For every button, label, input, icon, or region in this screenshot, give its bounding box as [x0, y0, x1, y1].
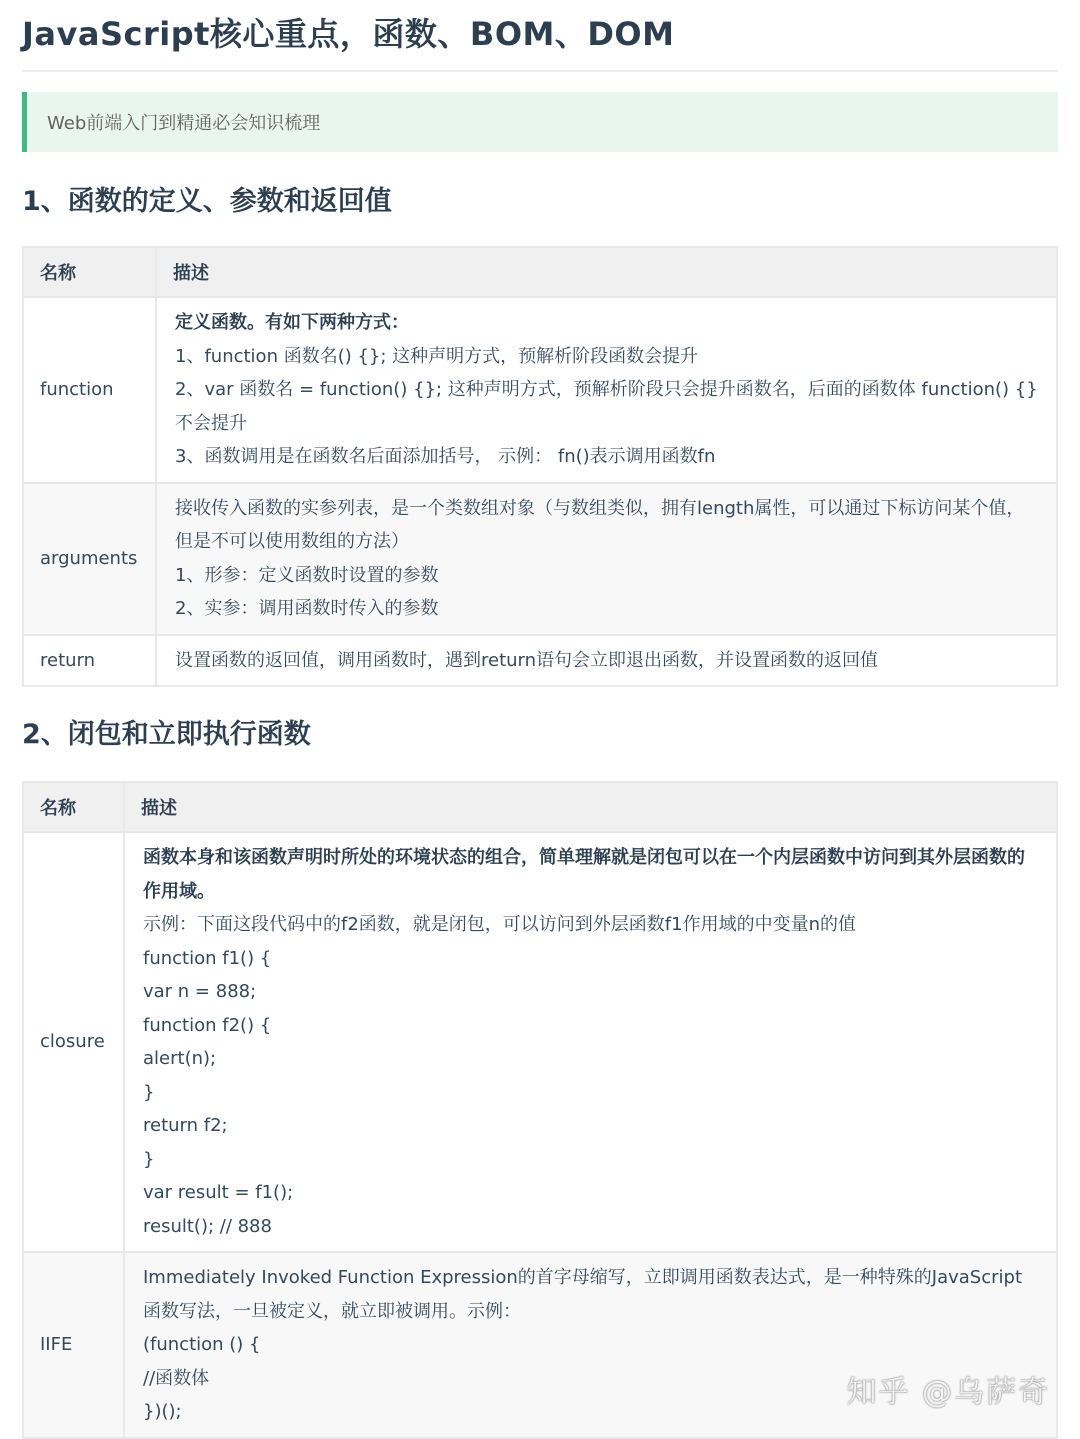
desc-line: 1、function 函数名() {}; 这种声明方式，预解析阶段函数会提升 [175, 340, 1040, 374]
header-desc: 描述 [156, 247, 1057, 297]
watermark: 知乎 @乌萨奇 [846, 1367, 1050, 1411]
code-line: var result = f1(); [143, 1176, 1040, 1210]
row-name: arguments [23, 483, 156, 635]
row-desc: 函数本身和该函数声明时所处的环境状态的组合，简单理解就是闭包可以在一个内层函数中… [124, 832, 1057, 1252]
desc-line: 2、var 函数名 = function() {}; 这种声明方式，预解析阶段只… [175, 373, 1040, 440]
code-line: (function () { [143, 1328, 1040, 1362]
tip-callout: Web前端入门到精通必会知识梳理 [22, 92, 1058, 152]
code-line: var n = 888; [143, 975, 1040, 1009]
table-header-row: 名称 描述 [23, 782, 1057, 832]
code-line: result(); // 888 [143, 1210, 1040, 1244]
section-1-heading: 1、函数的定义、参数和返回值 [22, 182, 1058, 222]
desc-line: 示例：下面这段代码中的f2函数，就是闭包，可以访问到外层函数f1作用域的中变量n… [143, 908, 1040, 942]
code-line: return f2; [143, 1109, 1040, 1143]
table-row: return 设置函数的返回值，调用函数时，遇到return语句会立即退出函数，… [23, 635, 1057, 687]
desc-line: 设置函数的返回值，调用函数时，遇到return语句会立即退出函数，并设置函数的返… [175, 644, 1040, 678]
desc-line: 2、实参：调用函数时传入的参数 [175, 592, 1040, 626]
page-title: JavaScript核心重点，函数、BOM、DOM [22, 0, 1058, 72]
desc-line: 1、形参：定义函数时设置的参数 [175, 559, 1040, 593]
code-line: function f2() { [143, 1009, 1040, 1043]
table-header-row: 名称 描述 [23, 247, 1057, 297]
desc-lead: 函数本身和该函数声明时所处的环境状态的组合，简单理解就是闭包可以在一个内层函数中… [143, 841, 1040, 908]
desc-line: 接收传入函数的实参列表，是一个类数组对象（与数组类似，拥有length属性，可以… [175, 492, 1040, 559]
row-name: closure [23, 832, 124, 1252]
header-name: 名称 [23, 247, 156, 297]
closure-table: 名称 描述 closure 函数本身和该函数声明时所处的环境状态的组合，简单理解… [22, 781, 1058, 1439]
functions-table: 名称 描述 function 定义函数。有如下两种方式： 1、function … [22, 246, 1058, 687]
desc-line: 3、函数调用是在函数名后面添加括号， 示例： fn()表示调用函数fn [175, 440, 1040, 474]
code-line: function f1() { [143, 942, 1040, 976]
table-row: function 定义函数。有如下两种方式： 1、function 函数名() … [23, 297, 1057, 483]
row-name: function [23, 297, 156, 483]
code-line: alert(n); [143, 1042, 1040, 1076]
row-name: IIFE [23, 1252, 124, 1438]
section-2-heading: 2、闭包和立即执行函数 [22, 715, 1058, 755]
desc-line: Immediately Invoked Function Expression的… [143, 1261, 1040, 1328]
code-line: } [143, 1076, 1040, 1110]
tip-text: Web前端入门到精通必会知识梳理 [47, 109, 320, 135]
code-line: } [143, 1143, 1040, 1177]
row-name: return [23, 635, 156, 687]
article: JavaScript核心重点，函数、BOM、DOM Web前端入门到精通必会知识… [0, 0, 1080, 1439]
table-row: arguments 接收传入函数的实参列表，是一个类数组对象（与数组类似，拥有l… [23, 483, 1057, 635]
table-row: closure 函数本身和该函数声明时所处的环境状态的组合，简单理解就是闭包可以… [23, 832, 1057, 1252]
row-desc: 定义函数。有如下两种方式： 1、function 函数名() {}; 这种声明方… [156, 297, 1057, 483]
header-name: 名称 [23, 782, 124, 832]
desc-lead: 定义函数。有如下两种方式： [175, 306, 1040, 340]
header-desc: 描述 [124, 782, 1057, 832]
row-desc: 接收传入函数的实参列表，是一个类数组对象（与数组类似，拥有length属性，可以… [156, 483, 1057, 635]
row-desc: 设置函数的返回值，调用函数时，遇到return语句会立即退出函数，并设置函数的返… [156, 635, 1057, 687]
